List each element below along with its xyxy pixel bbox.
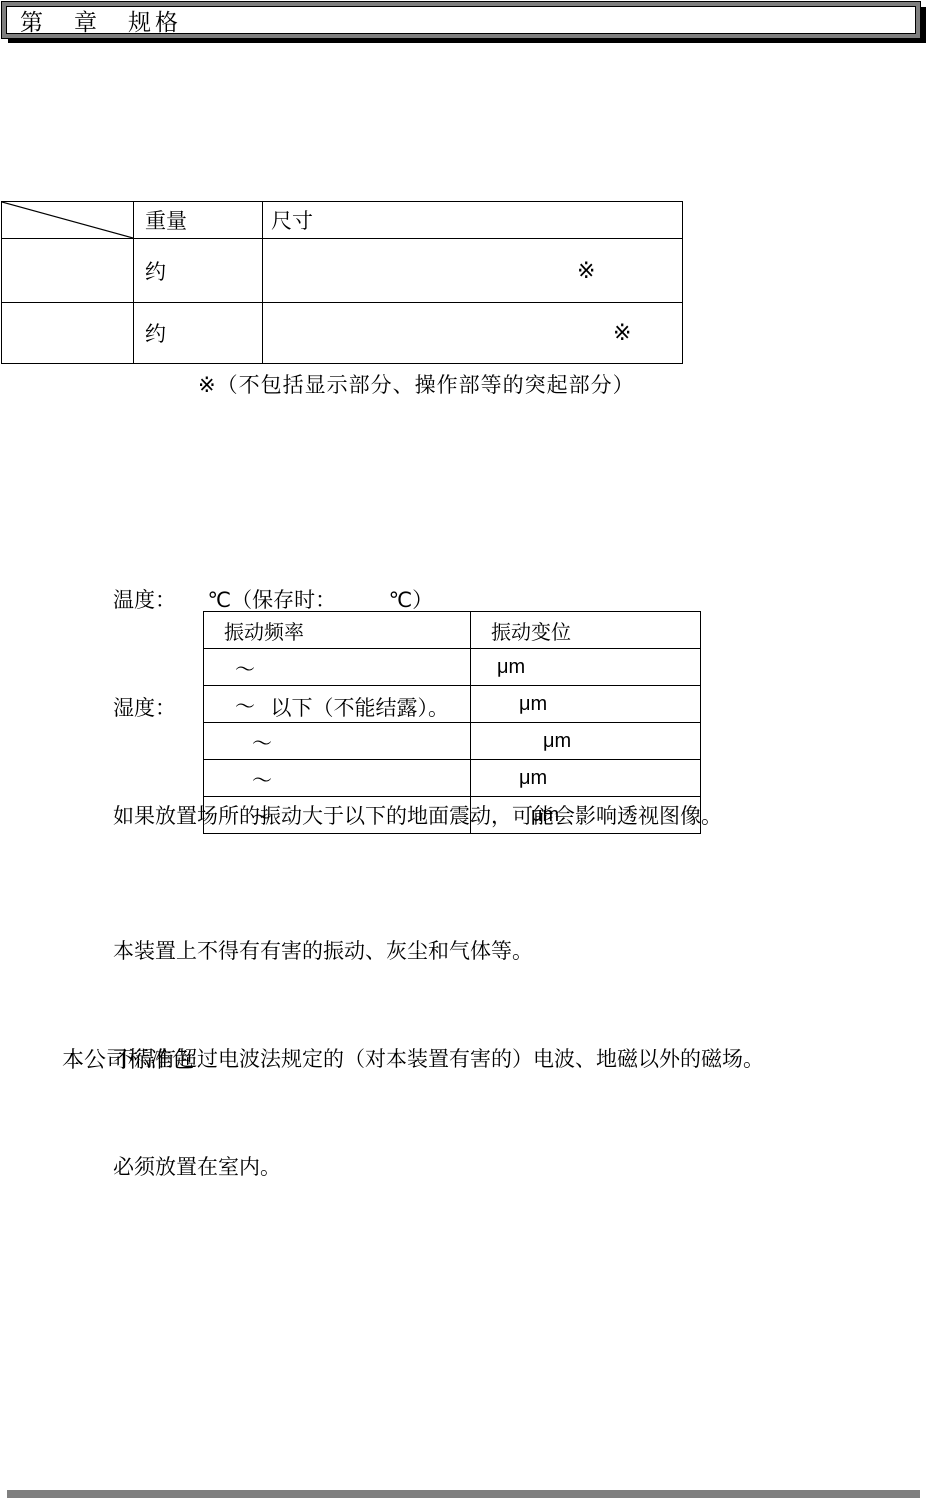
spec-table-diagonal-cell: [2, 202, 134, 239]
spec-row2-dimensions: ※: [263, 303, 683, 364]
vibration-displacement-cell: μm: [471, 686, 701, 723]
spec-table-row: 约 ※: [2, 239, 683, 303]
spec-row2-weight: 约: [134, 303, 263, 364]
vibration-displacement-cell: μm: [471, 649, 701, 686]
chapter-title: 第 章 规格: [6, 6, 916, 34]
spec-table-footnote: ※（不包括显示部分、操作部等的突起部分）: [198, 369, 635, 399]
placement-note-line: 不得有超过电波法规定的（对本装置有害的）电波、地磁以外的磁场。: [113, 1042, 764, 1078]
placement-notes: 本装置上不得有有害的振动、灰尘和气体等。 不得有超过电波法规定的（对本装置有害的…: [113, 862, 764, 1258]
placement-note-line: 必须放置在室内。: [113, 1150, 764, 1186]
spec-row1-dimensions: ※: [263, 239, 683, 303]
spec-row2-label-cell: [2, 303, 134, 364]
vibration-displacement-cell: μm: [471, 723, 701, 760]
spec-table: 重量 尺寸 约 ※ 约 ※: [1, 201, 683, 364]
document-page: 第 章 规格 重量 尺寸 约 ※ 约 ※: [0, 0, 933, 1502]
vibration-row: ～ μm: [204, 686, 701, 723]
spec-table-header-row: 重量 尺寸: [2, 202, 683, 239]
vibration-row: ～ μm: [204, 649, 701, 686]
vibration-displacement-cell: μm: [471, 760, 701, 797]
spec-row1-weight: 约: [134, 239, 263, 303]
vibration-table: 振动频率 振动变位 ～ μm ～ μm ～ μm ～ μm ～ μm: [203, 611, 701, 834]
vibration-table-header-row: 振动频率 振动变位: [204, 612, 701, 649]
vibration-row: ～ μm: [204, 797, 701, 834]
vibration-displacement-cell: μm: [471, 797, 701, 834]
vibration-row: ～ μm: [204, 723, 701, 760]
spec-row1-label-cell: [2, 239, 134, 303]
placement-note-line: 本装置上不得有有害的振动、灰尘和气体等。: [113, 934, 764, 970]
reference-mark: ※: [263, 320, 682, 346]
spec-col-weight: 重量: [134, 202, 263, 239]
vibration-frequency-cell: ～: [204, 760, 471, 797]
footer-bar: [7, 1490, 920, 1498]
vibration-row: ～ μm: [204, 760, 701, 797]
chapter-header-banner: 第 章 规格: [2, 2, 920, 38]
vibration-frequency-cell: ～: [204, 686, 471, 723]
diagonal-line: [2, 202, 133, 238]
spec-col-dimensions: 尺寸: [263, 202, 683, 239]
vibration-col-frequency: 振动频率: [204, 612, 471, 649]
vibration-col-displacement: 振动变位: [471, 612, 701, 649]
vibration-frequency-cell: ～: [204, 797, 471, 834]
reference-mark: ※: [263, 258, 682, 284]
vibration-frequency-cell: ～: [204, 723, 471, 760]
section-heading-company-color: 本公司标准色: [62, 1043, 194, 1074]
spec-table-row: 约 ※: [2, 303, 683, 364]
vibration-frequency-cell: ～: [204, 649, 471, 686]
